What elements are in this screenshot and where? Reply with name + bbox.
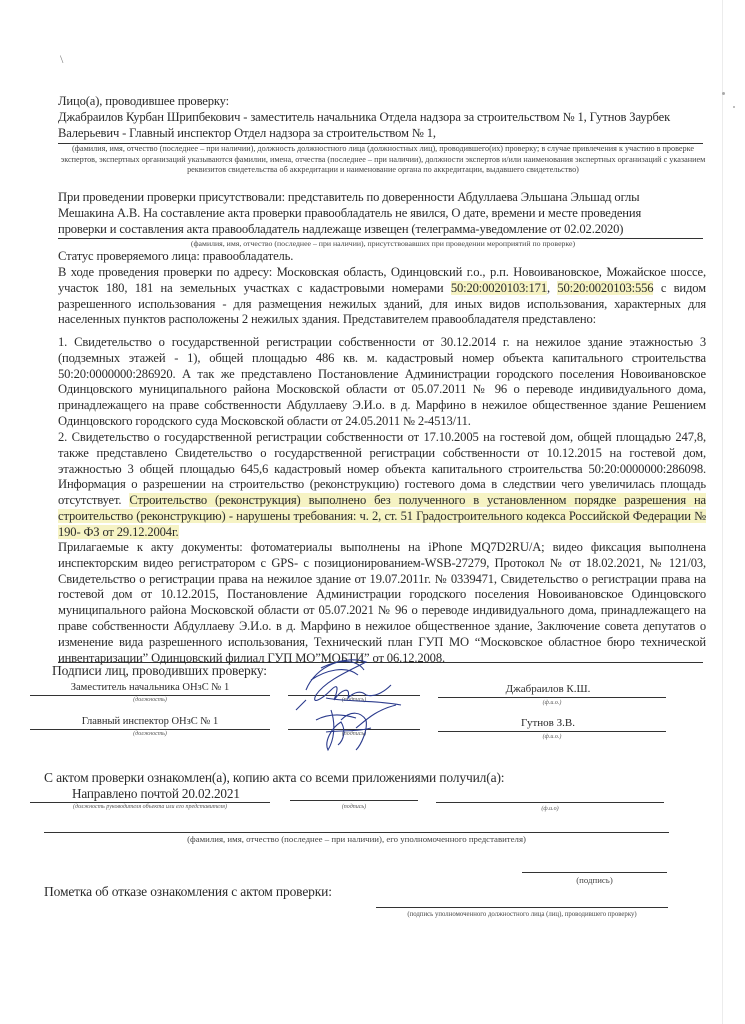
attachments-paragraph: Прилагаемые к акту документы: фотоматери… xyxy=(58,540,706,666)
cadastral-number-2: 50:20:0020103:556 xyxy=(557,281,653,295)
signer-1-position: Заместитель начальника ОНзС № 1 xyxy=(30,681,270,694)
ack-signature-rule xyxy=(522,872,667,873)
stray-mark: \ xyxy=(60,52,63,67)
ack-name-caption: (ф.и.о) xyxy=(436,806,664,812)
signer-1-name-rule xyxy=(438,697,666,698)
violation-text: Строительство (реконструкция) выполнено … xyxy=(58,493,706,539)
scan-edge-line xyxy=(722,0,723,1024)
signer-1-name-caption: (ф.и.о.) xyxy=(438,700,666,706)
inspection-paragraph: В ходе проведения проверки по адресу: Мо… xyxy=(58,265,706,328)
ack-signature-caption: (подпись) xyxy=(522,875,667,886)
refusal-label: Пометка об отказе ознакомления с актом п… xyxy=(44,884,364,900)
ack-sign-caption: (подпись) xyxy=(290,804,418,810)
signer-2-position-rule xyxy=(30,729,270,730)
signer-2-name-rule xyxy=(438,731,666,732)
acknowledgement-value: Направлено почтой 20.02.2021 xyxy=(72,786,322,802)
certificate-item-1: 1. Свидетельство о государственной регис… xyxy=(58,335,706,430)
signer-2-name-caption: (ф.и.о.) xyxy=(438,734,666,740)
ack-sign-rule xyxy=(290,800,418,801)
refusal-caption: (подпись уполномоченного должностного ли… xyxy=(376,910,668,921)
status-line: Статус проверяемого лица: правообладател… xyxy=(58,249,698,265)
ack-fio-caption: (фамилия, имя, отчество (последнее – при… xyxy=(44,834,669,845)
cadastral-separator: , xyxy=(547,281,557,295)
present-line2: Мешакина А.В. На составление акта провер… xyxy=(58,206,718,222)
scan-speck xyxy=(733,106,735,108)
acknowledgement-heading: С актом проверки ознакомлен(а), копию ак… xyxy=(44,770,644,786)
signer-2-position-caption: (должность) xyxy=(30,731,270,737)
ack-position-caption: (должность руководителя объекта или его … xyxy=(30,804,270,810)
inspectors-caption: (фамилия, имя, отчество (последнее – при… xyxy=(58,144,708,176)
ack-fio-rule xyxy=(44,832,669,833)
inspectors-line2: Валерьевич - Главный инспектор Отдел над… xyxy=(58,126,718,142)
inspectors-label: Лицо(а), проводившее проверку: xyxy=(58,94,698,110)
present-line1: При проведении проверки присутствовали: … xyxy=(58,190,718,206)
signer-1-position-caption: (должность) xyxy=(30,697,270,703)
ack-position-rule xyxy=(30,802,270,803)
signer-1-name: Джабраилов К.Ш. xyxy=(438,683,658,696)
inspectors-line1: Джабраилов Курбан Шрипбекович - заместит… xyxy=(58,110,718,126)
scan-speck xyxy=(722,92,725,95)
certificate-item-2: 2. Свидетельство о государственной регис… xyxy=(58,430,706,541)
signer-2-position: Главный инспектор ОНзС № 1 xyxy=(30,715,270,728)
signer-2-name: Гутнов З.В. xyxy=(438,717,658,730)
present-line3: проверки и составления акта правообладат… xyxy=(58,222,718,238)
signature-1-icon xyxy=(286,650,426,760)
ack-name-rule xyxy=(436,802,664,803)
present-caption: (фамилия, имя, отчество (последнее – при… xyxy=(58,239,708,250)
signer-1-position-rule xyxy=(30,695,270,696)
refusal-rule xyxy=(376,907,668,908)
cadastral-number-1: 50:20:0020103:171 xyxy=(451,281,547,295)
